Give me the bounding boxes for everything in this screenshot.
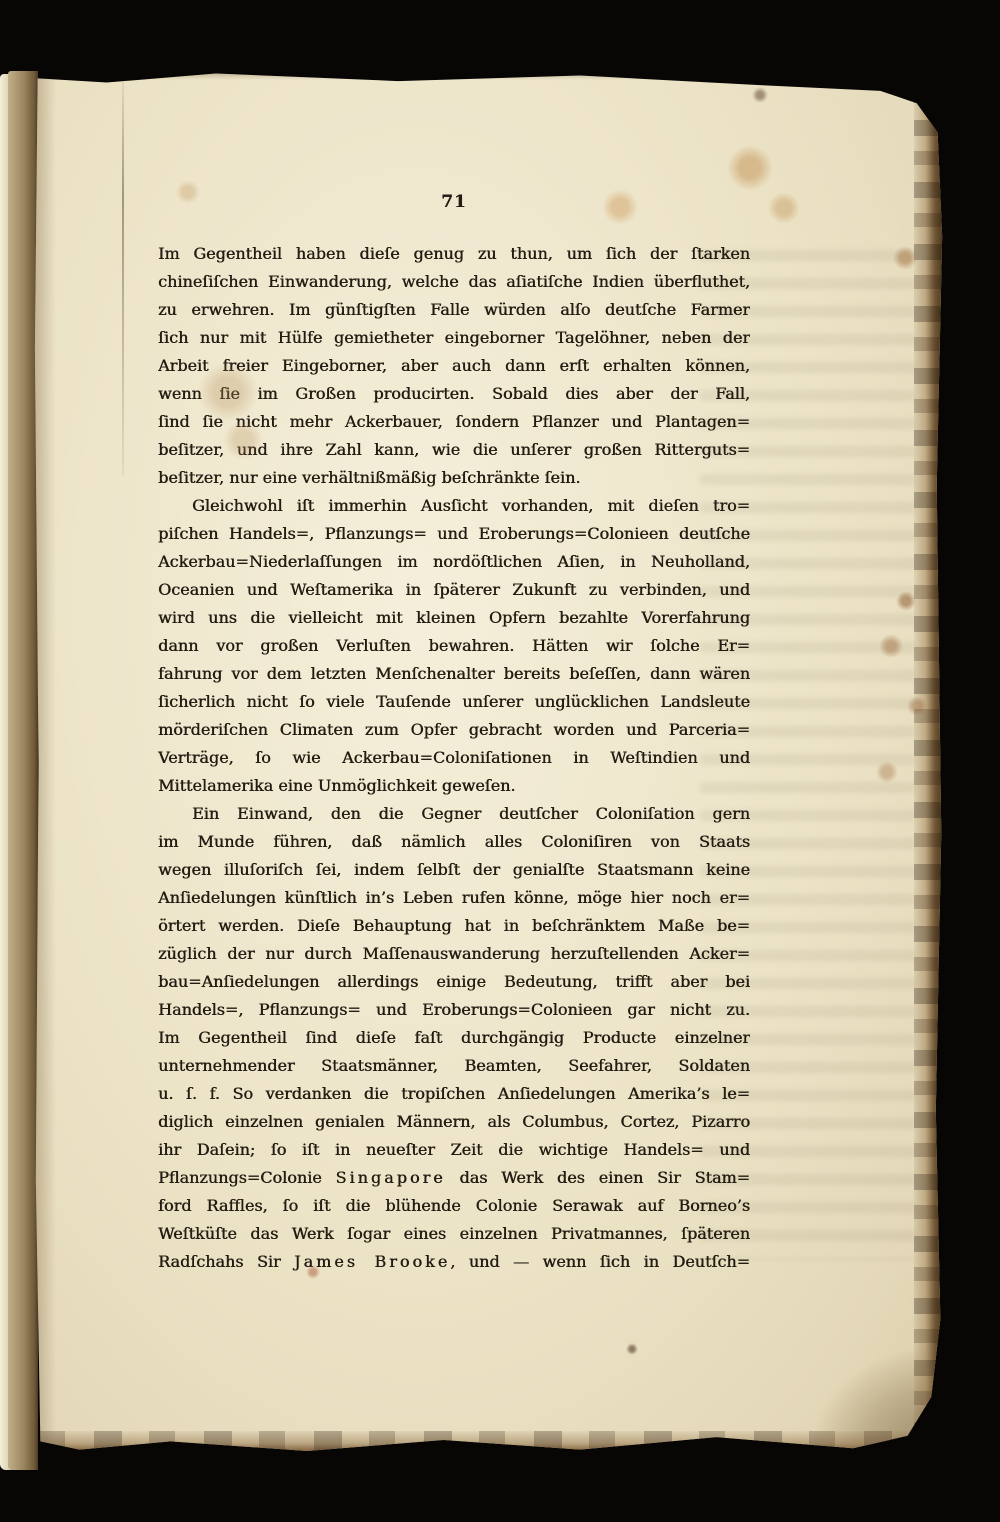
text-line: wird uns die vielleicht mit kleinen Opfe…: [158, 604, 750, 632]
text-line: Ackerbau=Niederlaſſungen im nordöſtliche…: [158, 548, 750, 576]
paragraph: Ein Einwand, den die Gegner deutſcher Co…: [158, 800, 750, 1276]
text-line: Gleichwohl iſt immerhin Ausſicht vorhand…: [158, 492, 750, 520]
text-line: ſind ſie nicht mehr Ackerbauer, ſondern …: [158, 408, 750, 436]
text-line: Verträge, ſo wie Ackerbau=Coloniſationen…: [158, 744, 750, 772]
text-line: bau=Anſiedelungen allerdings einige Bede…: [158, 968, 750, 996]
page-number: 71: [158, 192, 750, 212]
text-line: u. ſ. f. So verdanken die tropiſchen Anſ…: [158, 1080, 750, 1108]
text-line: Radſchahs Sir James Brooke, und — wenn ſ…: [158, 1248, 750, 1276]
paragraph: Gleichwohl iſt immerhin Ausſicht vorhand…: [158, 492, 750, 800]
text-line: Anſiedelungen künſtlich in’s Leben rufen…: [158, 884, 750, 912]
text-line: chineſiſchen Einwanderung, welche das aſ…: [158, 268, 750, 296]
page-top-edge-shade: [34, 70, 944, 80]
binding-gutter-shadow: [8, 71, 38, 1470]
text-line: diglich einzelnen genialen Männern, als …: [158, 1108, 750, 1136]
text-line: Mittelamerika eine Unmöglichkeit geweſen…: [158, 772, 750, 800]
page-right-worn-edge: [914, 89, 944, 1430]
text-line: unternehmender Staatsmänner, Beamten, Se…: [158, 1052, 750, 1080]
text-line: piſchen Handels=, Pflanzungs= und Erober…: [158, 520, 750, 548]
text-line: ſich nur mit Hülfe gemietheter eingeborn…: [158, 324, 750, 352]
text-line: Arbeit freier Eingeborner, aber auch dan…: [158, 352, 750, 380]
scanned-book-page: 71 Im Gegentheil haben dieſe genug zu th…: [0, 0, 1000, 1522]
page-corner-wear: [812, 1346, 942, 1456]
text-line: beſitzer, und ihre Zahl kann, wie die un…: [158, 436, 750, 464]
text-line: im Munde führen, daß nämlich alles Colon…: [158, 828, 750, 856]
text-line: Oceanien und Weſtamerika in ſpäterer Zuk…: [158, 576, 750, 604]
text-line: Im Gegentheil ſind dieſe faſt durchgängi…: [158, 1024, 750, 1052]
text-line: dann vor großen Verluſten bewahren. Hätt…: [158, 632, 750, 660]
text-line: Handels=, Pflanzungs= und Eroberungs=Col…: [158, 996, 750, 1024]
text-line: beſitzer, nur eine verhältnißmäßig beſch…: [158, 464, 750, 492]
text-line: Im Gegentheil haben dieſe genug zu thun,…: [158, 240, 750, 268]
text-line: ford Raffles, ſo iſt die blühende Coloni…: [158, 1192, 750, 1220]
text-line: Weſtküſte das Werk ſogar eines einzelnen…: [158, 1220, 750, 1248]
text-line: zu erwehren. Im günſtigſten Falle würden…: [158, 296, 750, 324]
page-text: Im Gegentheil haben dieſe genug zu thun,…: [158, 240, 750, 1276]
page-bottom-worn-edge: [39, 1431, 940, 1458]
paragraph: Im Gegentheil haben dieſe genug zu thun,…: [158, 240, 750, 492]
text-line: Ein Einwand, den die Gegner deutſcher Co…: [158, 800, 750, 828]
text-line: Pflanzungs=Colonie Singapore das Werk de…: [158, 1164, 750, 1192]
text-line: ſicherlich nicht ſo viele Tauſende unſer…: [158, 688, 750, 716]
text-line: züglich der nur durch Maſſenauswanderung…: [158, 940, 750, 968]
text-line: fahrung vor dem letzten Menſchenalter be…: [158, 660, 750, 688]
text-line: wenn ſie im Großen producirten. Sobald d…: [158, 380, 750, 408]
binding-crease: [122, 76, 124, 476]
text-line: mörderiſchen Climaten zum Opfer gebracht…: [158, 716, 750, 744]
text-line: örtert werden. Dieſe Behauptung hat in b…: [158, 912, 750, 940]
text-line: ihr Daſein; ſo iſt in neueſter Zeit die …: [158, 1136, 750, 1164]
text-line: wegen illuſoriſch ſei, indem ſelbſt der …: [158, 856, 750, 884]
